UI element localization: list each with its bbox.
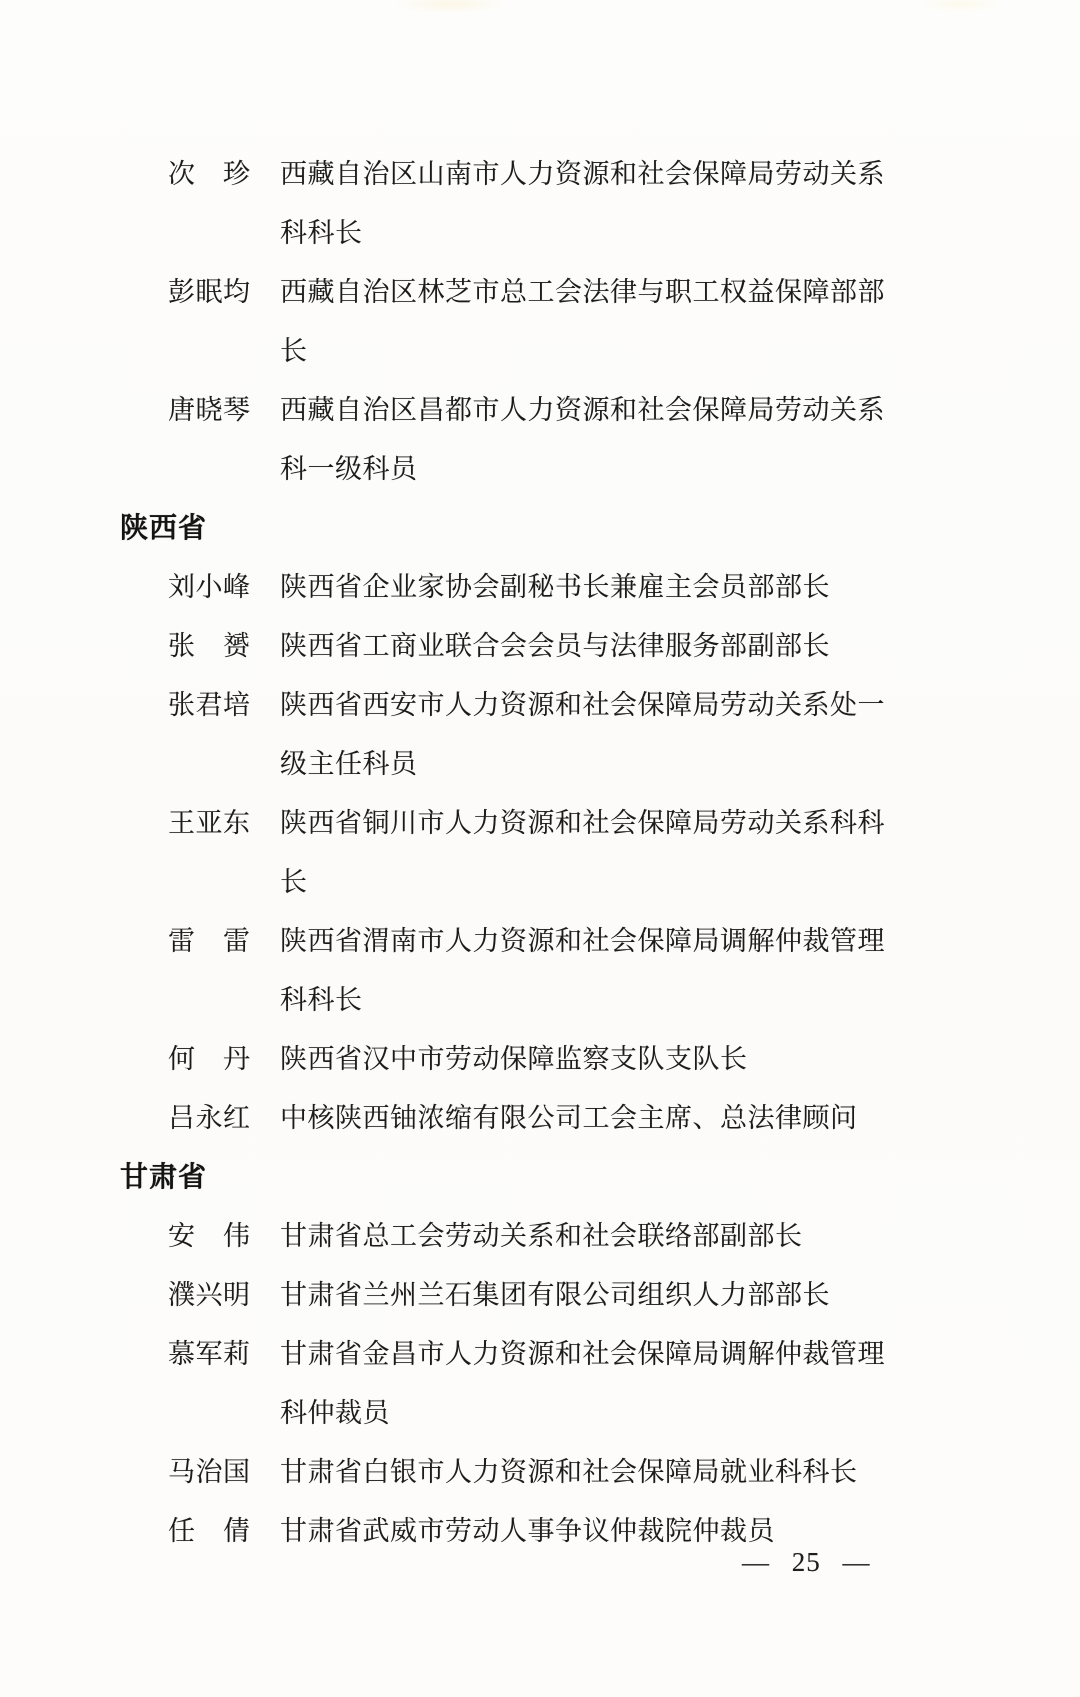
entry-row: 濮兴明甘肃省兰州兰石集团有限公司组织人力部部长	[0, 1266, 1080, 1325]
entry-title: 甘肃省总工会劳动关系和社会联络部副部长	[280, 1207, 898, 1266]
entry-row: 何 丹陕西省汉中市劳动保障监察支队支队长	[0, 1030, 1080, 1089]
entry-row: 刘小峰陕西省企业家协会副秘书长兼雇主会员部部长	[0, 558, 1080, 617]
document-body: 次 珍西藏自治区山南市人力资源和社会保障局劳动关系 科科长彭眠均西藏自治区林芝市…	[0, 145, 1080, 1561]
entry-name: 次 珍	[168, 145, 251, 204]
entry-row: 张 赟陕西省工商业联合会会员与法律服务部副部长	[0, 617, 1080, 676]
entry-row: 任 倩甘肃省武威市劳动人事争议仲裁院仲裁员	[0, 1502, 1080, 1561]
entry-name: 任 倩	[168, 1502, 251, 1561]
entry-title: 甘肃省兰州兰石集团有限公司组织人力部部长	[280, 1266, 898, 1325]
entry-row: 唐晓琴西藏自治区昌都市人力资源和社会保障局劳动关系 科一级科员	[0, 381, 1080, 499]
entry-title: 陕西省工商业联合会会员与法律服务部副部长	[280, 617, 898, 676]
entry-row: 慕军莉甘肃省金昌市人力资源和社会保障局调解仲裁管理 科仲裁员	[0, 1325, 1080, 1443]
entry-title: 陕西省铜川市人力资源和社会保障局劳动关系科科长	[280, 794, 898, 912]
entry-title: 中核陕西铀浓缩有限公司工会主席、总法律顾问	[280, 1089, 898, 1148]
entry-title: 陕西省渭南市人力资源和社会保障局调解仲裁管理 科科长	[280, 912, 898, 1030]
section-header: 甘肃省	[0, 1148, 1080, 1207]
entry-name: 马治国	[168, 1443, 251, 1502]
entry-row: 吕永红中核陕西铀浓缩有限公司工会主席、总法律顾问	[0, 1089, 1080, 1148]
entry-name: 张 赟	[168, 617, 251, 676]
entry-name: 刘小峰	[168, 558, 251, 617]
entry-name: 安 伟	[168, 1207, 251, 1266]
entry-row: 安 伟甘肃省总工会劳动关系和社会联络部副部长	[0, 1207, 1080, 1266]
entry-row: 王亚东陕西省铜川市人力资源和社会保障局劳动关系科科长	[0, 794, 1080, 912]
entry-name: 彭眠均	[168, 263, 251, 322]
entry-title: 西藏自治区山南市人力资源和社会保障局劳动关系 科科长	[280, 145, 898, 263]
entry-title: 陕西省汉中市劳动保障监察支队支队长	[280, 1030, 898, 1089]
entry-title: 陕西省企业家协会副秘书长兼雇主会员部部长	[280, 558, 898, 617]
entry-name: 王亚东	[168, 794, 251, 853]
entry-name: 唐晓琴	[168, 381, 251, 440]
scanned-document-page: { "page": { "footer_page_label": "— 25 —…	[0, 0, 1080, 1697]
entry-row: 雷 雷陕西省渭南市人力资源和社会保障局调解仲裁管理 科科长	[0, 912, 1080, 1030]
page-number: — 25 —	[742, 1542, 871, 1582]
entry-title: 甘肃省白银市人力资源和社会保障局就业科科长	[280, 1443, 898, 1502]
entry-name: 濮兴明	[168, 1266, 251, 1325]
entry-title: 西藏自治区林芝市总工会法律与职工权益保障部部长	[280, 263, 898, 381]
entry-row: 彭眠均西藏自治区林芝市总工会法律与职工权益保障部部长	[0, 263, 1080, 381]
entry-title: 陕西省西安市人力资源和社会保障局劳动关系处一 级主任科员	[280, 676, 898, 794]
section-header: 陕西省	[0, 499, 1080, 558]
entry-name: 吕永红	[168, 1089, 251, 1148]
entry-name: 张君培	[168, 676, 251, 735]
entry-name: 雷 雷	[168, 912, 251, 971]
entry-title: 西藏自治区昌都市人力资源和社会保障局劳动关系 科一级科员	[280, 381, 898, 499]
entry-row: 马治国甘肃省白银市人力资源和社会保障局就业科科长	[0, 1443, 1080, 1502]
entry-name: 慕军莉	[168, 1325, 251, 1384]
entry-name: 何 丹	[168, 1030, 251, 1089]
entry-title: 甘肃省金昌市人力资源和社会保障局调解仲裁管理 科仲裁员	[280, 1325, 898, 1443]
entry-row: 次 珍西藏自治区山南市人力资源和社会保障局劳动关系 科科长	[0, 145, 1080, 263]
entry-row: 张君培陕西省西安市人力资源和社会保障局劳动关系处一 级主任科员	[0, 676, 1080, 794]
